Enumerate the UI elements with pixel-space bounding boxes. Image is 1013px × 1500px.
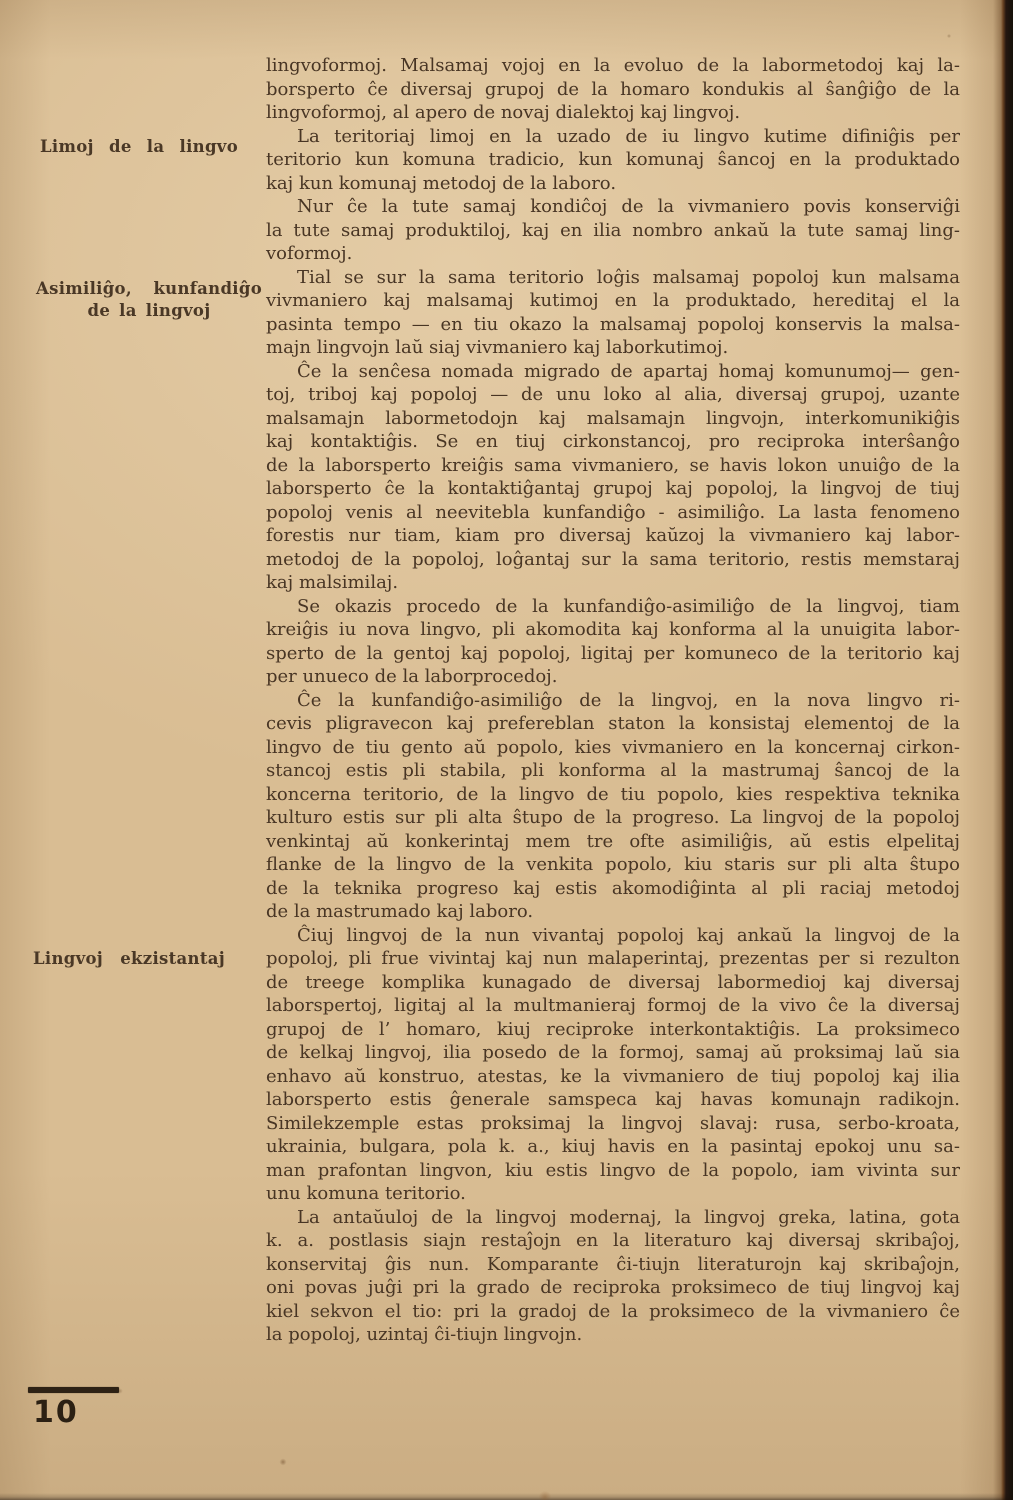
text-line: laborspertoj, ligitaj al la multmanieraj… xyxy=(266,994,960,1018)
text-line: per unueco de la laborprocedoj. xyxy=(266,665,960,689)
margin-note-asimiligo: Asimiliĝo, kunfandiĝo de la lingvoj xyxy=(36,278,262,321)
text-line: toj, triboj kaj popoloj — de unu loko al… xyxy=(266,383,960,407)
margin-note-line: Asimiliĝo, kunfandiĝo xyxy=(36,278,262,300)
text-line: venkintaj aŭ konkerintaj mem tre ofte as… xyxy=(266,830,960,854)
text-column: lingvoformoj. Malsamaj vojoj en la evolu… xyxy=(266,54,960,1347)
text-line: voformoj. xyxy=(266,242,960,266)
text-line: Ĉe la kunfandiĝo-asimiliĝo de la lingvoj… xyxy=(266,689,960,713)
text-line: stancoj estis pli stabila, pli konforma … xyxy=(266,759,960,783)
text-line: ukrainia, bulgara, pola k. a., kiuj havi… xyxy=(266,1135,960,1159)
text-line: Ĉiuj lingvoj de la nun vivantaj popoloj … xyxy=(266,924,960,948)
text-line: La teritoriaj limoj en la uzado de iu li… xyxy=(266,125,960,149)
paragraph: Ĉe la kunfandiĝo-asimiliĝo de la lingvoj… xyxy=(266,689,960,924)
text-line: Se okazis procedo de la kunfandiĝo-asimi… xyxy=(266,595,960,619)
paragraph: Ĉiuj lingvoj de la nun vivantaj popoloj … xyxy=(266,924,960,1206)
text-line: kreiĝis iu nova lingvo, pli akomodita ka… xyxy=(266,618,960,642)
paragraph: Ĉe la senĉesa nomada migrado de apartaj … xyxy=(266,360,960,595)
text-line: forestis nur tiam, kiam pro diversaj kaŭ… xyxy=(266,524,960,548)
text-line: borsperto ĉe diversaj grupoj de la homar… xyxy=(266,78,960,102)
text-line: pasinta tempo — en tiu okazo la malsamaj… xyxy=(266,313,960,337)
page-number: 10 xyxy=(33,1395,79,1430)
margin-note-limoj: Limoj de la lingvo xyxy=(40,136,238,158)
text-line: la popoloj, uzintaj ĉi-tiujn lingvojn. xyxy=(266,1323,960,1347)
text-line: teritorio kun komuna tradicio, kun komun… xyxy=(266,148,960,172)
text-line: metodoj de la popoloj, loĝantaj sur la s… xyxy=(266,548,960,572)
text-line: grupoj de l’ homaro, kiuj reciproke inte… xyxy=(266,1018,960,1042)
book-page: Limoj de la lingvo Asimiliĝo, kunfandiĝo… xyxy=(0,0,1013,1500)
paragraph: Nur ĉe la tute samaj kondiĉoj de la vivm… xyxy=(266,195,960,266)
text-line: kaj kontaktiĝis. Se en tiuj cirkonstanco… xyxy=(266,430,960,454)
text-line: Similekzemple estas proksimaj la lingvoj… xyxy=(266,1112,960,1136)
text-line: majn lingvojn laŭ siaj vivmaniero kaj la… xyxy=(266,336,960,360)
text-line: kulturo estis sur pli alta ŝtupo de la p… xyxy=(266,806,960,830)
text-line: de la teknika progreso kaj estis akomodi… xyxy=(266,877,960,901)
paragraph: La antaŭuloj de la lingvoj modernaj, la … xyxy=(266,1206,960,1347)
footer-rule xyxy=(28,1387,119,1393)
text-line: laborsperto ĉe la kontaktiĝantaj grupoj … xyxy=(266,477,960,501)
text-line: laborsperto estis ĝenerale samspeca kaj … xyxy=(266,1088,960,1112)
paragraph: Tial se sur la sama teritorio loĝis mals… xyxy=(266,266,960,360)
text-line: de la mastrumado kaj laboro. xyxy=(266,900,960,924)
text-line: sperto de la gentoj kaj popoloj, ligitaj… xyxy=(266,642,960,666)
text-line: oni povas juĝi pri la grado de reciproka… xyxy=(266,1276,960,1300)
text-line: malsamajn labormetodojn kaj malsamajn li… xyxy=(266,407,960,431)
text-line: konservitaj ĝis nun. Komparante ĉi-tiujn… xyxy=(266,1253,960,1277)
text-line: koncerna teritorio, de la lingvo de tiu … xyxy=(266,783,960,807)
text-line: Ĉe la senĉesa nomada migrado de apartaj … xyxy=(266,360,960,384)
text-line: kiel sekvon el tio: pri la gradoj de la … xyxy=(266,1300,960,1324)
text-line: de la laborsperto kreiĝis sama vivmanier… xyxy=(266,454,960,478)
paragraph: La teritoriaj limoj en la uzado de iu li… xyxy=(266,125,960,196)
paragraph: Se okazis procedo de la kunfandiĝo-asimi… xyxy=(266,595,960,689)
margin-note-line: de la lingvoj xyxy=(36,300,262,322)
text-line: lingvoformoj, al apero de novaj dialekto… xyxy=(266,101,960,125)
text-line: la tute samaj produktiloj, kaj en ilia n… xyxy=(266,219,960,243)
text-line: lingvo de tiu gento aŭ popolo, kies vivm… xyxy=(266,736,960,760)
margin-note-lingvoj-ekzistantaj: Lingvoj ekzistantaj xyxy=(33,948,225,970)
text-line: enhavo aŭ konstruo, atestas, ke la vivma… xyxy=(266,1065,960,1089)
text-line: popoloj, pli frue vivintaj kaj nun malap… xyxy=(266,947,960,971)
text-line: lingvoformoj. Malsamaj vojoj en la evolu… xyxy=(266,54,960,78)
text-line: de kelkaj lingvoj, ilia posedo de la for… xyxy=(266,1041,960,1065)
text-line: vivmaniero kaj malsamaj kutimoj en la pr… xyxy=(266,289,960,313)
text-line: cevis pligravecon kaj prefereblan staton… xyxy=(266,712,960,736)
text-line: flanke de la lingvo de la venkita popolo… xyxy=(266,853,960,877)
text-line: k. a. postlasis siajn restaĵojn en la li… xyxy=(266,1229,960,1253)
text-line: man prafontan lingvon, kiu estis lingvo … xyxy=(266,1159,960,1183)
text-line: kaj malsimilaj. xyxy=(266,571,960,595)
text-line: Tial se sur la sama teritorio loĝis mals… xyxy=(266,266,960,290)
text-line: kaj kun komunaj metodoj de la laboro. xyxy=(266,172,960,196)
text-line: unu komuna teritorio. xyxy=(266,1182,960,1206)
text-line: La antaŭuloj de la lingvoj modernaj, la … xyxy=(266,1206,960,1230)
text-line: popoloj venis al neevitebla kunfandiĝo -… xyxy=(266,501,960,525)
paragraph: lingvoformoj. Malsamaj vojoj en la evolu… xyxy=(266,54,960,125)
text-line: de treege komplika kunagado de diversaj … xyxy=(266,971,960,995)
text-line: Nur ĉe la tute samaj kondiĉoj de la vivm… xyxy=(266,195,960,219)
